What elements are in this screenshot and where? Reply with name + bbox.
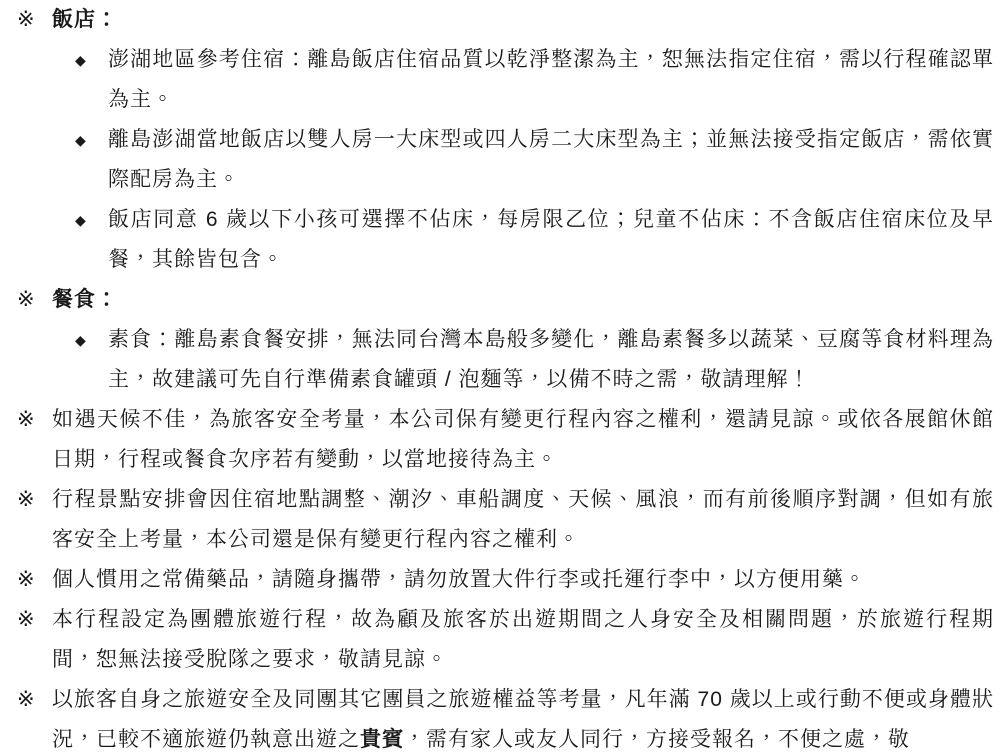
bullet-item: ◆ 素食：離島素食餐安排，無法同台灣本島般多變化，離島素餐多以蔬菜、豆腐等食材料…: [75, 320, 994, 400]
section-heading: ※ 飯店：: [17, 0, 994, 40]
note-item: ※ 行程景點安排會因住宿地點調整、潮汐、車船調度、天候、風浪，而有前後順序對調，…: [17, 480, 994, 560]
travel-notes-document: ※ 飯店： ◆ 澎湖地區參考住宿：離島飯店住宿品質以乾淨整潔為主，恕無法指定住宿…: [0, 0, 1004, 756]
note-item: ※ 如遇天候不佳，為旅客安全考量，本公司保有變更行程內容之權利，還請見諒。或依各…: [17, 400, 994, 480]
bold-text-run: 貴賓: [360, 728, 404, 751]
block-text: 行程景點安排會因住宿地點調整、潮汐、車船調度、天候、風浪，而有前後順序對調，但如…: [52, 480, 994, 560]
diamond-bullet-icon: ◆: [75, 200, 108, 240]
diamond-bullet-icon: ◆: [75, 40, 108, 80]
block-text: 個人慣用之常備藥品，請隨身攜帶，請勿放置大件行李或托運行李中，以方便用藥。: [52, 560, 994, 600]
bullet-item: ◆ 飯店同意 6 歲以下小孩可選擇不佔床，每房限乙位；兒童不佔床：不含飯店住宿床…: [75, 200, 994, 280]
text-run: 離島澎湖當地飯店以雙人房一大床型或四人房二大床型為主；並無法接受指定飯店，需依實…: [108, 128, 994, 191]
reference-mark-icon: ※: [17, 560, 52, 600]
text-run: 如遇天候不佳，為旅客安全考量，本公司保有變更行程內容之權利，還請見諒。或依各展館…: [52, 408, 994, 471]
block-text: 本行程設定為團體旅遊行程，故為顧及旅客於出遊期間之人身安全及相關問題，於旅遊行程…: [52, 600, 994, 680]
block-text: 澎湖地區參考住宿：離島飯店住宿品質以乾淨整潔為主，恕無法指定住宿，需以行程確認單…: [108, 40, 994, 120]
diamond-bullet-icon: ◆: [75, 320, 108, 360]
text-run: 澎湖地區參考住宿：離島飯店住宿品質以乾淨整潔為主，恕無法指定住宿，需以行程確認單…: [108, 48, 994, 111]
block-text: 餐食：: [52, 280, 994, 320]
text-run: 個人慣用之常備藥品，請隨身攜帶，請勿放置大件行李或托運行李中，以方便用藥。: [52, 568, 866, 591]
block-text: 素食：離島素食餐安排，無法同台灣本島般多變化，離島素餐多以蔬菜、豆腐等食材料理為…: [108, 320, 994, 400]
note-item: ※ 以旅客自身之旅遊安全及同團其它團員之旅遊權益等考量，凡年滿 70 歲以上或行…: [17, 680, 994, 756]
bullet-item: ◆ 澎湖地區參考住宿：離島飯店住宿品質以乾淨整潔為主，恕無法指定住宿，需以行程確…: [75, 40, 994, 120]
text-run: 行程景點安排會因住宿地點調整、潮汐、車船調度、天候、風浪，而有前後順序對調，但如…: [52, 488, 994, 551]
bold-text-run: 餐食：: [52, 288, 118, 311]
bullet-item: ◆ 離島澎湖當地飯店以雙人房一大床型或四人房二大床型為主；並無法接受指定飯店，需…: [75, 120, 994, 200]
reference-mark-icon: ※: [17, 400, 52, 440]
text-run: 飯店同意 6 歲以下小孩可選擇不佔床，每房限乙位；兒童不佔床：不含飯店住宿床位及…: [108, 208, 994, 271]
reference-mark-icon: ※: [17, 480, 52, 520]
reference-mark-icon: ※: [17, 600, 52, 640]
bold-text-run: 飯店：: [52, 8, 118, 31]
text-run: 本行程設定為團體旅遊行程，故為顧及旅客於出遊期間之人身安全及相關問題，於旅遊行程…: [52, 608, 994, 671]
note-item: ※ 個人慣用之常備藥品，請隨身攜帶，請勿放置大件行李或托運行李中，以方便用藥。: [17, 560, 994, 600]
block-text: 飯店：: [52, 0, 994, 40]
note-item: ※ 本行程設定為團體旅遊行程，故為顧及旅客於出遊期間之人身安全及相關問題，於旅遊…: [17, 600, 994, 680]
text-run: 素食：離島素食餐安排，無法同台灣本島般多變化，離島素餐多以蔬菜、豆腐等食材料理為…: [108, 328, 994, 391]
reference-mark-icon: ※: [17, 680, 52, 720]
reference-mark-icon: ※: [17, 280, 52, 320]
text-run: ，需有家人或友人同行，方接受報名，不便之處，敬: [404, 728, 910, 751]
reference-mark-icon: ※: [17, 0, 52, 40]
block-text: 以旅客自身之旅遊安全及同團其它團員之旅遊權益等考量，凡年滿 70 歲以上或行動不…: [52, 680, 994, 756]
block-text: 飯店同意 6 歲以下小孩可選擇不佔床，每房限乙位；兒童不佔床：不含飯店住宿床位及…: [108, 200, 994, 280]
block-text: 離島澎湖當地飯店以雙人房一大床型或四人房二大床型為主；並無法接受指定飯店，需依實…: [108, 120, 994, 200]
diamond-bullet-icon: ◆: [75, 120, 108, 160]
block-text: 如遇天候不佳，為旅客安全考量，本公司保有變更行程內容之權利，還請見諒。或依各展館…: [52, 400, 994, 480]
section-heading: ※ 餐食：: [17, 280, 994, 320]
